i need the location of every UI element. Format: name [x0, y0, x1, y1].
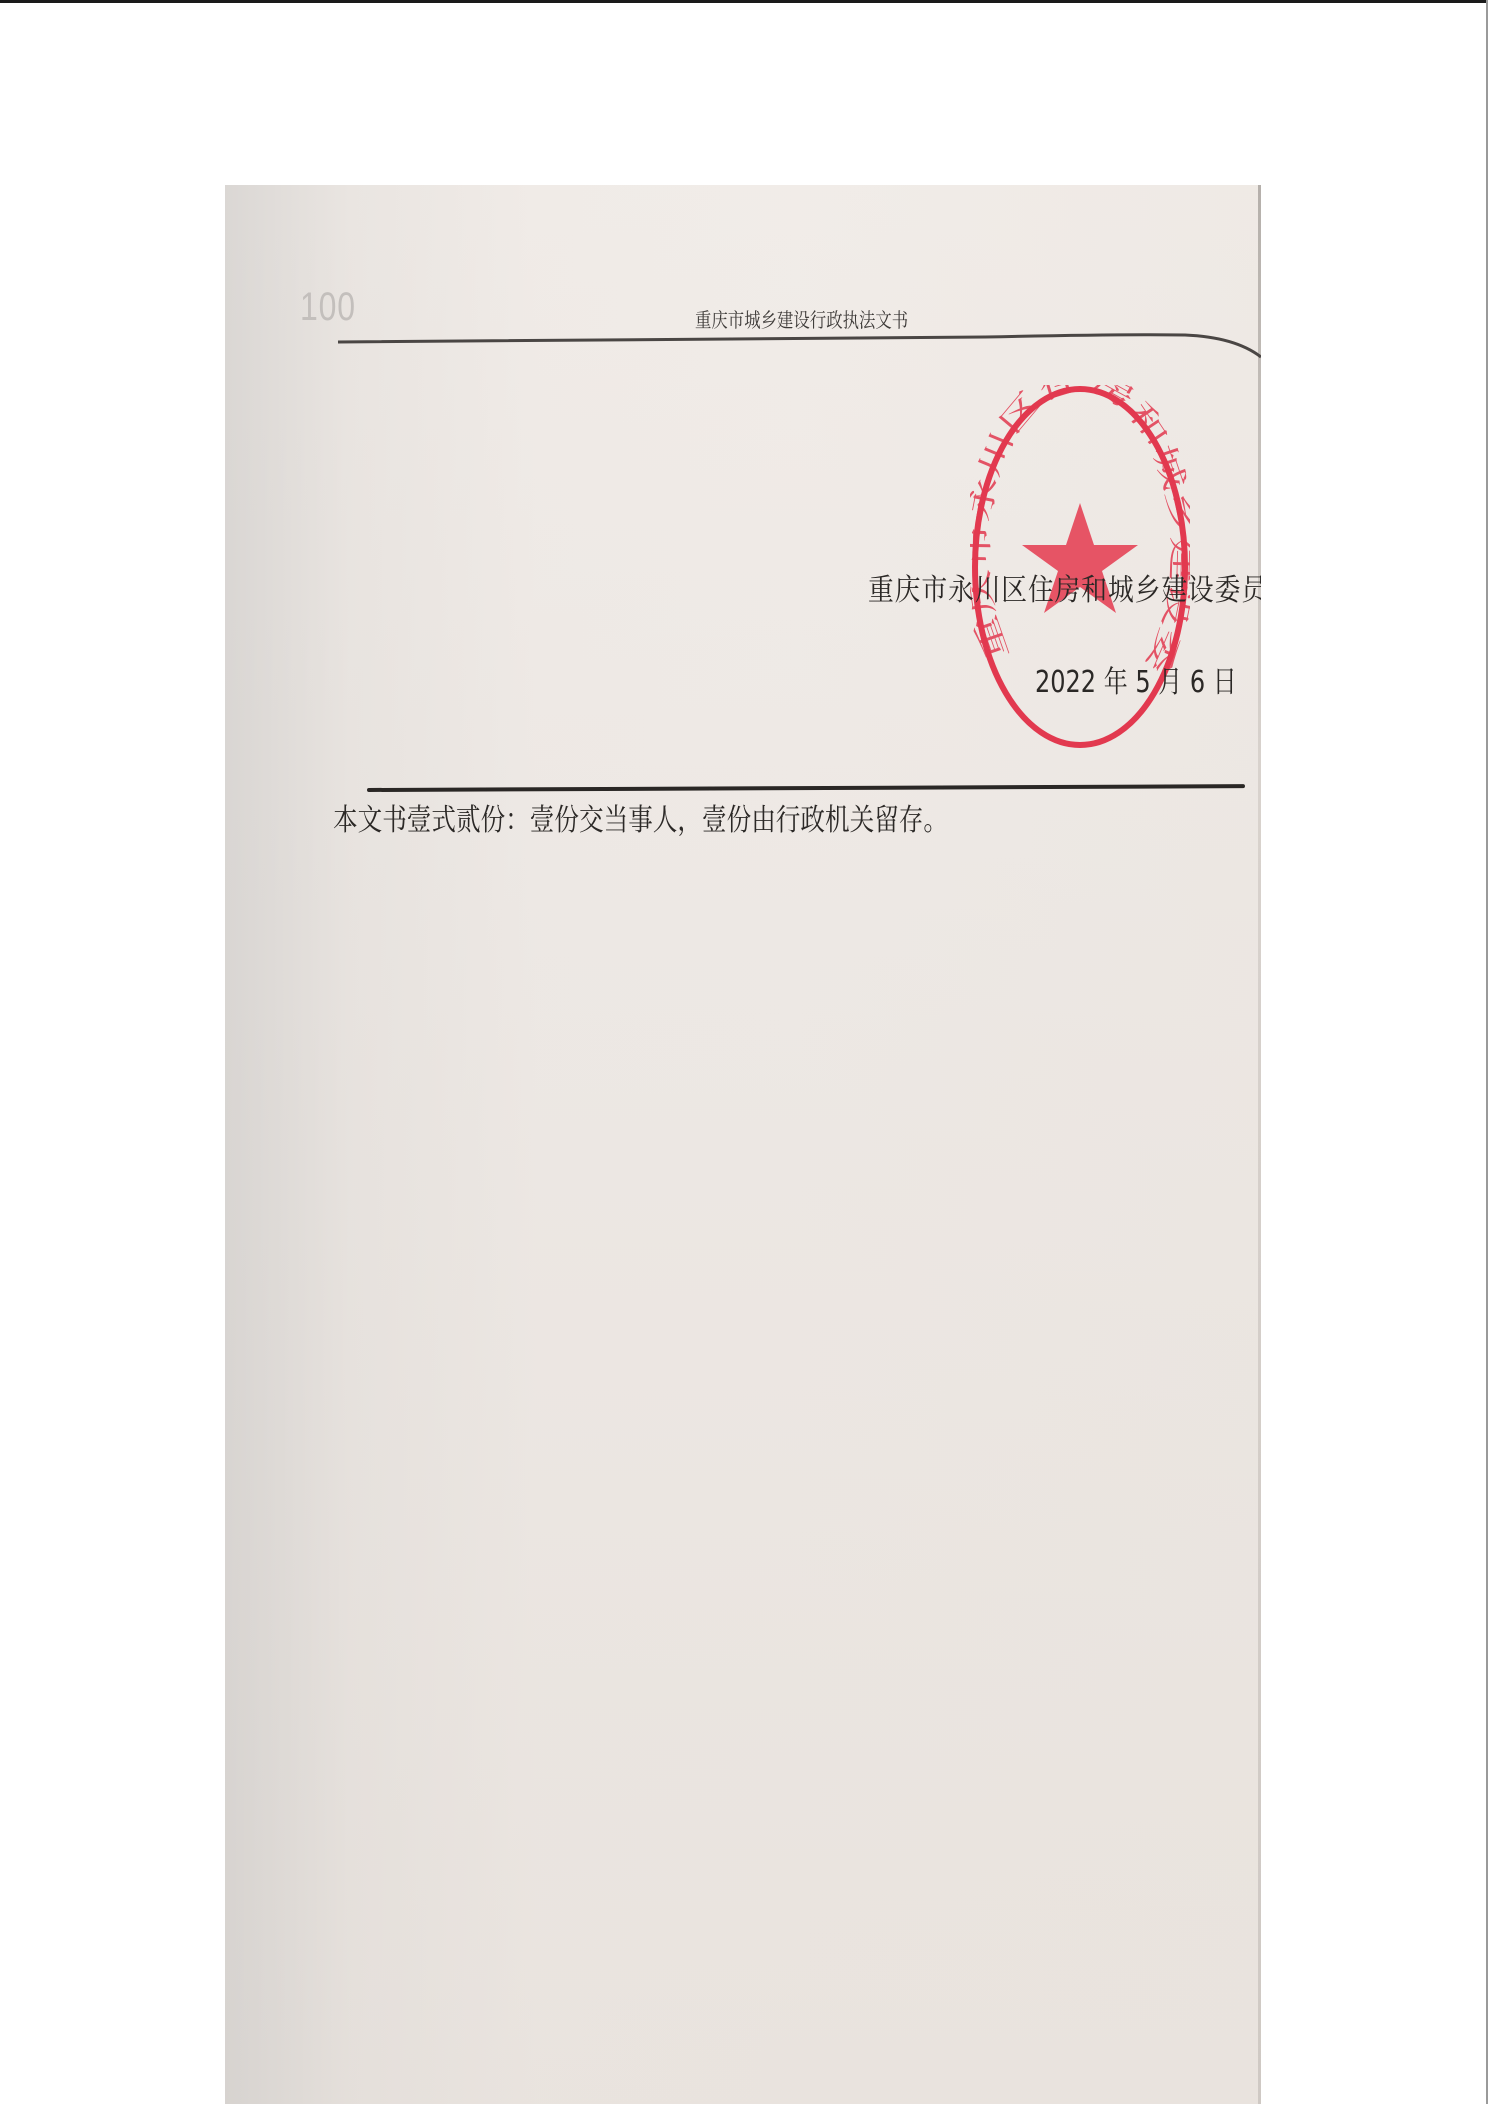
- issue-date: 2022 年 5 月 6 日: [1035, 657, 1237, 701]
- footer-divider: [367, 784, 1245, 792]
- copies-note: 本文书壹式贰份：壹份交当事人，壹份由行政机关留存。: [333, 795, 948, 839]
- image-top-border: [0, 0, 1488, 3]
- issuer-signature: 重庆市永川区住房和城乡建设委员会: [868, 565, 1261, 609]
- document-page: 100 重庆市城乡建设行政执法文书 重庆市永川区住房和城乡建设委员会 重庆市永川…: [225, 185, 1261, 2104]
- document-header-title: 重庆市城乡建设行政执法文书: [695, 304, 908, 333]
- page-number: 100: [300, 285, 356, 330]
- page-edge: [1258, 185, 1261, 2104]
